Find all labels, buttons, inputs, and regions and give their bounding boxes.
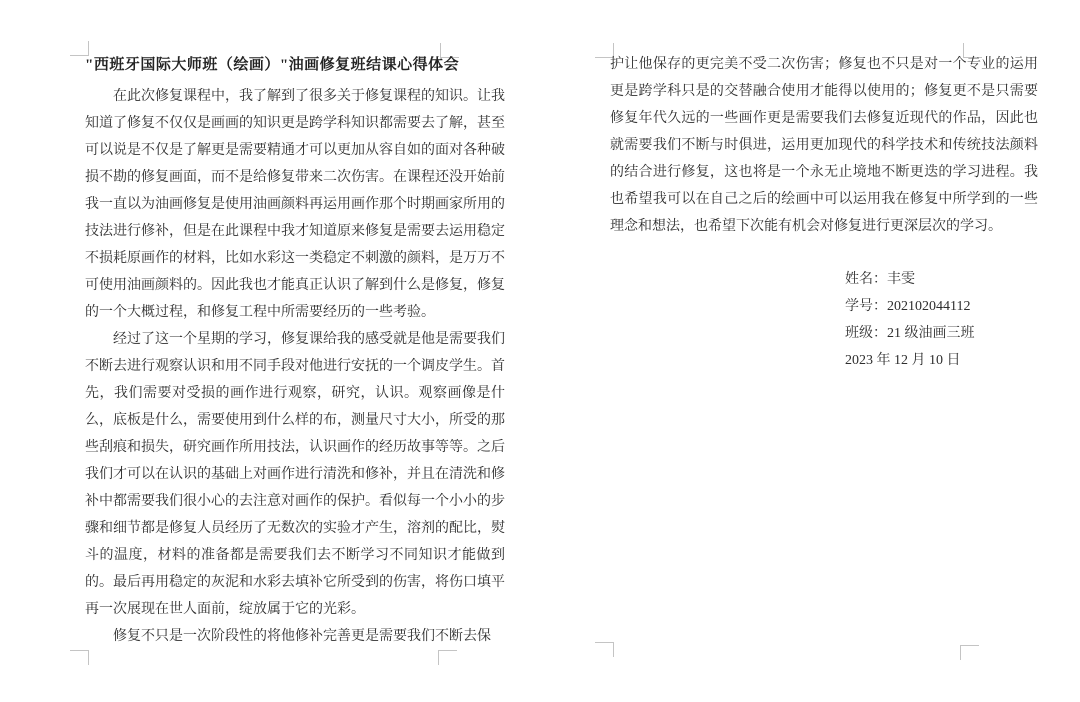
margin-mark-bottom-left xyxy=(70,650,89,665)
signature-class: 班级：21 级油画三班 xyxy=(845,320,1038,347)
margin-mark-bottom-right xyxy=(438,650,457,665)
paragraph-2: 经过了这一个星期的学习，修复课给我的感受就是他是需要我们不断去进行观察认识和用不… xyxy=(85,326,505,623)
page-1-text: "西班牙国际大师班（绘画）"油画修复班结课心得体会 在此次修复课程中，我了解到了… xyxy=(85,53,505,650)
margin-mark-bottom-right xyxy=(960,645,979,660)
paragraph-3-start: 修复不只是一次阶段性的将他修补完善更是需要我们不断去保 xyxy=(85,623,505,650)
document-title: "西班牙国际大师班（绘画）"油画修复班结课心得体会 xyxy=(85,53,441,74)
page-2: 护让他保存的更完美不受二次伤害；修复也不只是对一个专业的运用更是跨学科只是的交替… xyxy=(595,41,985,666)
signature-date: 2023 年 12 月 10 日 xyxy=(845,347,1038,374)
signature-name: 姓名：丰雯 xyxy=(845,266,1038,293)
page-2-text: 护让他保存的更完美不受二次伤害；修复也不只是对一个专业的运用更是跨学科只是的交替… xyxy=(610,51,1038,374)
page-1: "西班牙国际大师班（绘画）"油画修复班结课心得体会 在此次修复课程中，我了解到了… xyxy=(70,41,460,671)
signature-student-id: 学号：202102044112 xyxy=(845,293,1038,320)
signature-block: 姓名：丰雯 学号：202102044112 班级：21 级油画三班 2023 年… xyxy=(845,266,1038,374)
paragraph-3-continuation: 护让他保存的更完美不受二次伤害；修复也不只是对一个专业的运用更是跨学科只是的交替… xyxy=(610,51,1038,240)
paragraph-1: 在此次修复课程中，我了解到了很多关于修复课程的知识。让我知道了修复不仅仅是画画的… xyxy=(85,83,505,326)
document-canvas: "西班牙国际大师班（绘画）"油画修复班结课心得体会 在此次修复课程中，我了解到了… xyxy=(0,0,1080,702)
margin-mark-bottom-left xyxy=(595,642,614,657)
